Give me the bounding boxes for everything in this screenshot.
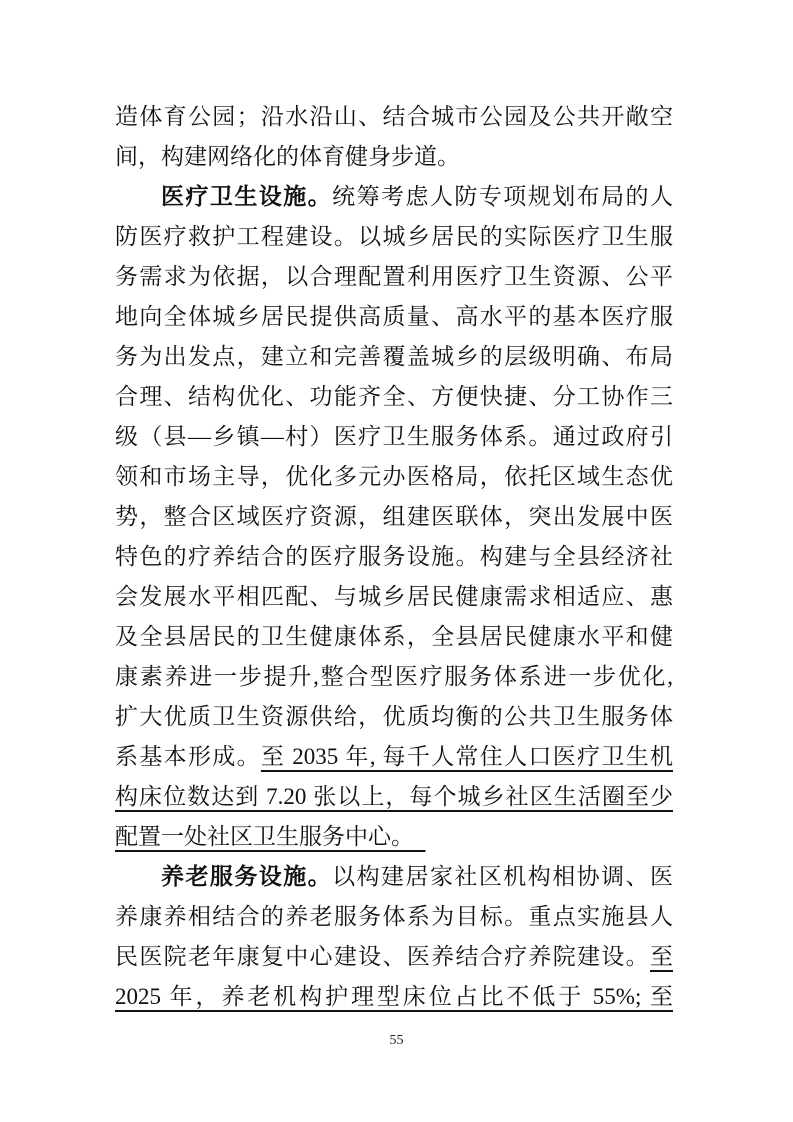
- text-line: 医疗卫生设施。统筹考虑人防专项规划布局的人: [115, 177, 673, 217]
- text-segment-heading: 养老服务设施。: [161, 864, 332, 889]
- text-segment: 务为出发点，建立和完善覆盖城乡的层级明确、布局: [115, 344, 673, 369]
- text-line: 级（县—乡镇—村）医疗卫生服务体系。通过政府引: [115, 417, 673, 457]
- text-segment-underlined: 构床位数达到 7.20 张以上，每个城乡社区生活圈至少: [115, 784, 673, 809]
- text-line: 系基本形成。至 2035 年, 每千人常住人口医疗卫生机: [115, 737, 673, 777]
- text-segment-underlined: 配置一处社区卫生服务中心。: [115, 824, 426, 849]
- text-line: 防医疗救护工程建设。以城乡居民的实际医疗卫生服: [115, 217, 673, 257]
- document-page: 造体育公园；沿水沿山、结合城市公园及公共开敞空间，构建网络化的体育健身步道。医疗…: [0, 0, 793, 1122]
- text-segment-underlined: 至: [650, 944, 673, 969]
- text-segment: 养康养相结合的养老服务体系为目标。重点实施县人: [115, 904, 673, 929]
- text-line: 造体育公园；沿水沿山、结合城市公园及公共开敞空: [115, 97, 673, 137]
- text-line: 及全县居民的卫生健康体系，全县居民健康水平和健: [115, 617, 673, 657]
- text-segment-underlined: 2025 年，养老机构护理型床位占比不低于 55%; 至: [115, 984, 673, 1009]
- text-line: 2025 年，养老机构护理型床位占比不低于 55%; 至: [115, 977, 673, 1017]
- text-segment: 民医院老年康复中心建设、医养结合疗养院建设。: [115, 944, 650, 969]
- text-line: 务为出发点，建立和完善覆盖城乡的层级明确、布局: [115, 337, 673, 377]
- text-segment: 特色的疗养结合的医疗服务设施。构建与全县经济社: [115, 544, 673, 569]
- text-segment: 地向全体城乡居民提供高质量、高水平的基本医疗服: [115, 304, 673, 329]
- text-segment: 以构建居家社区机构相协调、医: [332, 864, 673, 889]
- text-line: 民医院老年康复中心建设、医养结合疗养院建设。至: [115, 937, 673, 977]
- text-segment: 势，整合区域医疗资源，组建医联体，突出发展中医: [115, 504, 673, 529]
- text-line: 养康养相结合的养老服务体系为目标。重点实施县人: [115, 897, 673, 937]
- text-line: 地向全体城乡居民提供高质量、高水平的基本医疗服: [115, 297, 673, 337]
- text-segment: 扩大优质卫生资源供给，优质均衡的公共卫生服务体: [115, 704, 673, 729]
- text-line: 合理、结构优化、功能齐全、方便快捷、分工协作三: [115, 377, 673, 417]
- text-segment: 合理、结构优化、功能齐全、方便快捷、分工协作三: [115, 384, 673, 409]
- text-segment: 级（县—乡镇—村）医疗卫生服务体系。通过政府引: [115, 424, 673, 449]
- text-segment: 康素养进一步提升,整合型医疗服务体系进一步优化,: [115, 664, 673, 689]
- text-segment: 务需求为依据，以合理配置利用医疗卫生资源、公平: [115, 264, 673, 289]
- text-line: 配置一处社区卫生服务中心。: [115, 817, 673, 857]
- text-segment: 统筹考虑人防专项规划布局的人: [332, 184, 673, 209]
- text-segment: 系基本形成。: [115, 744, 261, 769]
- text-segment: 间，构建网络化的体育健身步道。: [115, 144, 460, 169]
- text-line: 扩大优质卫生资源供给，优质均衡的公共卫生服务体: [115, 697, 673, 737]
- text-line: 领和市场主导，优化多元办医格局，依托区域生态优: [115, 457, 673, 497]
- text-segment: 会发展水平相匹配、与城乡居民健康需求相适应、惠: [115, 584, 673, 609]
- text-segment: 及全县居民的卫生健康体系，全县居民健康水平和健: [115, 624, 673, 649]
- document-text-block: 造体育公园；沿水沿山、结合城市公园及公共开敞空间，构建网络化的体育健身步道。医疗…: [115, 97, 673, 1017]
- text-segment-heading: 医疗卫生设施。: [161, 184, 332, 209]
- text-line: 特色的疗养结合的医疗服务设施。构建与全县经济社: [115, 537, 673, 577]
- text-segment-underlined: 至 2035 年, 每千人常住人口医疗卫生机: [261, 744, 673, 769]
- page-number: 55: [0, 1031, 793, 1051]
- text-line: 养老服务设施。以构建居家社区机构相协调、医: [115, 857, 673, 897]
- text-segment: 防医疗救护工程建设。以城乡居民的实际医疗卫生服: [115, 224, 673, 249]
- text-line: 势，整合区域医疗资源，组建医联体，突出发展中医: [115, 497, 673, 537]
- text-line: 间，构建网络化的体育健身步道。: [115, 137, 673, 177]
- text-line: 务需求为依据，以合理配置利用医疗卫生资源、公平: [115, 257, 673, 297]
- text-line: 会发展水平相匹配、与城乡居民健康需求相适应、惠: [115, 577, 673, 617]
- text-segment: 造体育公园；沿水沿山、结合城市公园及公共开敞空: [115, 104, 673, 129]
- text-line: 构床位数达到 7.20 张以上，每个城乡社区生活圈至少: [115, 777, 673, 817]
- text-segment: 领和市场主导，优化多元办医格局，依托区域生态优: [115, 464, 673, 489]
- text-line: 康素养进一步提升,整合型医疗服务体系进一步优化,: [115, 657, 673, 697]
